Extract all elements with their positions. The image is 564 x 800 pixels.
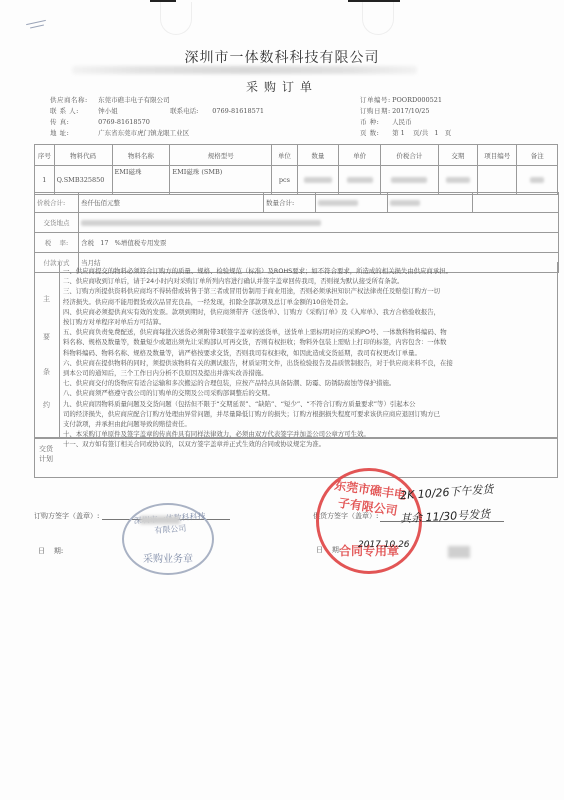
- phone-label: 联系电话:: [170, 106, 210, 115]
- pages-value: 第 1 页/共 1 页: [392, 128, 451, 137]
- cell-delivery-redacted: [438, 166, 477, 195]
- supplier-name-field: 供应商名称: 东莞市礁丰电子有限公司: [50, 95, 170, 104]
- buyer-date-label: 日 期:: [38, 546, 63, 556]
- items-table: 序号 物料代码 物料名称 规格型号 单位 数量 单价 价税合计 交期 项目编号 …: [34, 144, 558, 195]
- handwritten-date: 2017.10.26: [358, 540, 410, 550]
- qty-total-redacted: [316, 193, 388, 213]
- company-name: 深圳市一体数科科技有限公司: [0, 47, 564, 67]
- document-title: 采购订单: [0, 78, 564, 95]
- delivery-place-row: 交货地点: [35, 213, 559, 233]
- header-price: 单价: [339, 145, 381, 166]
- contact-field: 联 系 人: 钟小姐 联系电话: 0769-81618571: [50, 106, 264, 115]
- buyer-signature-label: 订购方签字（盖章）:: [34, 511, 99, 521]
- summary-table: 价税合计: 叁仟伍佰元整 数量合计: 交货地点 税 率: 含税 17 %增值税专…: [34, 192, 559, 273]
- supplier-stamp-company: 东莞市礁丰电子有限公司: [331, 476, 407, 520]
- buyer-stamp-company: 深圳市一体数科科技有限公司: [131, 510, 208, 537]
- terms-line: 料名称、规格及数量等，数量短少或超出须先让采购部认可再交货，否则有权拒收；物料外…: [63, 337, 553, 347]
- terms-line: 五、供应商负责免费配送，供应商每批次送货必须附带3联签字盖章的送货单，送货单上需…: [63, 327, 553, 337]
- cell-price-redacted: [339, 166, 381, 195]
- terms-line: 一、供应商提交的物料必须符合订购方的质量、规格、检验规范（标准）及ROHS要求；…: [63, 266, 553, 276]
- terms-side-char: 要: [43, 332, 50, 342]
- header-seq: 序号: [35, 145, 55, 166]
- contact-value: 钟小姐: [98, 106, 168, 115]
- terms-line: 六、供应商在提供物料的同时，须提供该物料有关的测试报告，材质证明文件，出货检验报…: [63, 358, 553, 368]
- terms-line: 科物料编码、物料名称、规格及数量等，请严格按要求交货，否则我司有权拒收，如因此造…: [63, 348, 553, 358]
- header-unit: 单位: [272, 145, 297, 166]
- terms-line: 司的经济损失，供应商应配合订购方处理由异常问题，并尽量降低订购方的损失；订购方根…: [63, 409, 553, 419]
- handwritten-note-1: 2K 10/26下午发货: [400, 481, 494, 503]
- terms-line: 到本公司的通知后，三个工作日内分析不良原因及提出并落实改善措施。: [63, 368, 553, 378]
- terms-line: 二、供应商收到订单后，请于24小时内对采购订单所列内容进行确认并签字盖章回传我司…: [63, 276, 553, 286]
- currency-field: 币 种: 人民币: [360, 117, 412, 126]
- address-label: 地 址:: [50, 128, 96, 137]
- terms-line: 四、供应商必须提供真实有效的发票。款项到期时，供应商须带齐《送货单》、订购方《采…: [63, 307, 553, 317]
- order-number-value: POORD000521: [392, 96, 442, 104]
- delivery-plan-box: 交货计划: [34, 438, 558, 478]
- total-label: 价税合计:: [35, 193, 79, 213]
- tax-row: 税 率: 含税 17 %增值税专用发票: [35, 233, 559, 253]
- address-field: 地 址: 广东省东莞市虎门镇龙眼工业区: [50, 128, 189, 137]
- items-table-header: 序号 物料代码 物料名称 规格型号 单位 数量 单价 价税合计 交期 项目编号 …: [35, 145, 558, 166]
- terms-line: 九、供应商因物料质量问题及交货问题（包括但不限于“交期延误”、“缺陷”、“短少”…: [63, 399, 553, 409]
- terms-section: 主 要 条 约 一、供应商提交的物料必须符合订购方的质量、规格、检验规范（标准）…: [34, 262, 558, 438]
- delivery-plan-label: 交货计划: [39, 444, 53, 464]
- terms-line: 支付款项，并承担由此问题导致的赔偿责任。: [63, 419, 553, 429]
- header-remark: 备注: [517, 145, 558, 166]
- cell-unit: pcs: [272, 166, 297, 195]
- delivery-place-redacted: [79, 213, 559, 233]
- order-number-label: 订单编号:: [360, 95, 390, 104]
- cell-name: EMI磁珠: [112, 166, 170, 195]
- cell-code: Q.SMB325850: [54, 166, 112, 195]
- buyer-stamp: 深圳市一体数科科技有限公司 采购业务章: [122, 503, 214, 575]
- fax-label: 传 真:: [50, 117, 96, 126]
- delivery-place-label: 交货地点: [35, 213, 79, 233]
- tax-label: 税 率:: [35, 233, 79, 253]
- redacted-company-address: [72, 66, 417, 74]
- terms-body: 一、供应商提交的物料必须符合订购方的质量、规格、检验规范（标准）及ROHS要求；…: [63, 266, 553, 450]
- phone-value: 0769-81618571: [212, 107, 264, 115]
- amount-total-redacted: [388, 193, 473, 213]
- header-delivery: 交期: [438, 145, 477, 166]
- header-name: 物料名称: [112, 145, 170, 166]
- cell-spec: EMI磁珠 (SMB): [170, 166, 272, 195]
- terms-line: 三、订购方所提供资料供应商均不得转借或转售于第三者或冒用仿制用于商业用途，否则必…: [63, 286, 553, 296]
- pages-label: 页 数:: [360, 128, 390, 137]
- buyer-signature-redacted: [140, 516, 180, 524]
- header-project: 项目编号: [478, 145, 517, 166]
- fax-value: 0769-81618570: [98, 118, 150, 126]
- contact-label: 联 系 人:: [50, 106, 96, 115]
- header-qty: 数量: [297, 145, 339, 166]
- pen-scribble-mark: [26, 22, 46, 30]
- cell-qty-redacted: [297, 166, 339, 195]
- header-code: 物料代码: [54, 145, 112, 166]
- clip-shadow-right: [362, 2, 394, 35]
- handwritten-note-2: 其余 11/30号发货: [400, 506, 491, 527]
- order-date-field: 订购日期: 2017/10/25: [360, 106, 430, 115]
- currency-label: 币 种:: [360, 117, 390, 126]
- cell-project: [478, 166, 517, 195]
- tax-value: 含税 17 %增值税专用发票: [79, 233, 559, 253]
- terms-line: 按订购方对单程序对单后方可结算。: [63, 317, 553, 327]
- supplier-signature-redacted: [448, 546, 470, 558]
- cell-remark-redacted: [517, 166, 558, 195]
- clip-shadow-left: [160, 2, 192, 35]
- terms-line: 七、供应商交付的货物应有适合运输和多次搬运的合理包装，应按产品特点具备防潮、防霉…: [63, 378, 553, 388]
- buyer-stamp-type: 采购业务章: [124, 550, 212, 565]
- order-number-field: 订单编号: POORD000521: [360, 95, 442, 104]
- header-spec: 规格型号: [170, 145, 272, 166]
- order-date-label: 订购日期:: [360, 106, 390, 115]
- terms-side-char: 条: [43, 367, 50, 377]
- qty-total-label: 数量合计:: [264, 193, 316, 213]
- order-date-value: 2017/10/25: [392, 107, 429, 115]
- header-total: 价税合计: [380, 145, 438, 166]
- terms-line: 经济损失。供应商不能用假货或次品冒充良品，一经发现，扣除全部款项及总订单金额的1…: [63, 297, 553, 307]
- terms-side-char: 主: [43, 294, 50, 304]
- terms-line: 八、供应商须严格遵守我公司的订购单的交期及公司采购部调整后的交期。: [63, 388, 553, 398]
- terms-side-char: 约: [43, 400, 50, 410]
- total-empty: [473, 193, 559, 213]
- cell-seq: 1: [35, 166, 55, 195]
- terms-side-label: 主 要 条 约: [35, 262, 60, 437]
- total-row: 价税合计: 叁仟伍佰元整 数量合计:: [35, 193, 559, 213]
- supplier-name-label: 供应商名称:: [50, 95, 96, 104]
- currency-value: 人民币: [392, 117, 412, 126]
- address-value: 广东省东莞市虎门镇龙眼工业区: [98, 128, 189, 137]
- pages-field: 页 数: 第 1 页/共 1 页: [360, 128, 451, 137]
- fax-field: 传 真: 0769-81618570: [50, 117, 150, 126]
- table-row: 1 Q.SMB325850 EMI磁珠 EMI磁珠 (SMB) pcs: [35, 166, 558, 195]
- supplier-name-value: 东莞市礁丰电子有限公司: [98, 95, 170, 104]
- cell-total-redacted: [380, 166, 438, 195]
- total-words: 叁仟伍佰元整: [79, 193, 264, 213]
